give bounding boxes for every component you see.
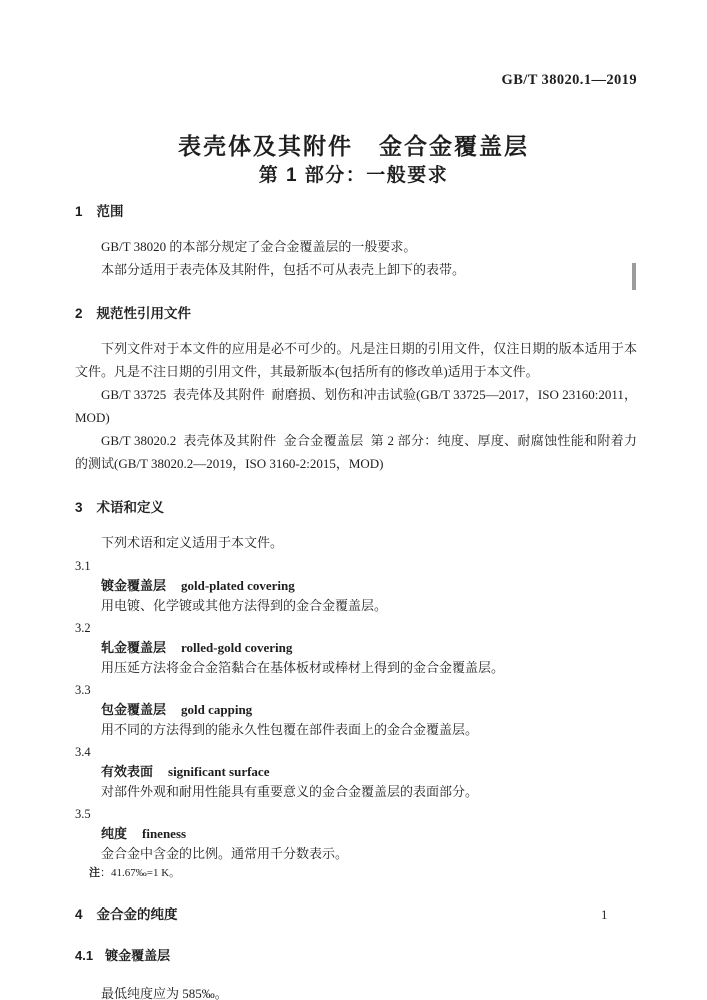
term-number: 3.1 <box>75 557 637 576</box>
term-title-zh: 有效表面 <box>101 764 153 779</box>
term-title-zh: 包金覆盖层 <box>101 702 166 717</box>
standard-code: GB/T 38020.1—2019 <box>502 72 637 89</box>
term-title: 纯度fineness <box>75 824 637 843</box>
references-intro: 下列文件对于本文件的应用是必不可少的。凡是注日期的引用文件，仅注日期的版本适用于… <box>75 337 637 383</box>
term-title-zh: 纯度 <box>101 826 127 841</box>
document-title-part1: 表壳体及其附件 <box>178 133 353 159</box>
term-note: 注：41.67‰=1 K。 <box>75 865 637 882</box>
term-title-en: rolled-gold covering <box>181 640 292 655</box>
section-heading-terms: 3术语和定义 <box>75 499 637 517</box>
document-title: 表壳体及其附件金合金覆盖层 <box>0 128 707 161</box>
section-title: 术语和定义 <box>97 500 165 515</box>
term-title: 镀金覆盖层gold-plated covering <box>75 576 637 595</box>
document-content: 1范围 GB/T 38020 的本部分规定了金合金覆盖层的一般要求。 本部分适用… <box>75 203 637 1000</box>
section-number: 2 <box>75 306 83 321</box>
term-number: 3.3 <box>75 681 637 700</box>
terms-intro: 下列术语和定义适用于本文件。 <box>75 531 637 554</box>
term-title-en: fineness <box>142 826 186 841</box>
reference-item-2: GB/T 38020.2 表壳体及其附件 金合金覆盖层 第 2 部分：纯度、厚度… <box>75 429 637 475</box>
term-number: 3.5 <box>75 805 637 824</box>
term-definition: 金合金中含金的比例。通常用千分数表示。 <box>75 843 637 864</box>
term-item: 3.1 镀金覆盖层gold-plated covering 用电镀、化学镀或其他… <box>75 557 637 616</box>
term-definition: 用电镀、化学镀或其他方法得到的金合金覆盖层。 <box>75 595 637 616</box>
section-heading-references: 2规范性引用文件 <box>75 305 637 323</box>
term-title: 包金覆盖层gold capping <box>75 700 637 719</box>
subsection-title: 镀金覆盖层 <box>105 948 170 963</box>
note-text: ：41.67‰=1 K。 <box>100 867 180 879</box>
section-heading-scope: 1范围 <box>75 203 637 221</box>
reference-item-1: GB/T 33725 表壳体及其附件 耐磨损、划伤和冲击试验(GB/T 3372… <box>75 383 637 429</box>
term-definition: 用压延方法将金合金箔黏合在基体板材或棒材上得到的金合金覆盖层。 <box>75 657 637 678</box>
term-item: 3.3 包金覆盖层gold capping 用不同的方法得到的能永久性包覆在部件… <box>75 681 637 740</box>
section-title: 范围 <box>97 204 124 219</box>
document-subtitle: 第 1 部分：一般要求 <box>0 160 707 187</box>
note-label: 注 <box>89 867 100 879</box>
scope-paragraph-2: 本部分适用于表壳体及其附件，包括不可从表壳上卸下的表带。 <box>75 258 637 281</box>
section-number: 3 <box>75 500 83 515</box>
section-heading-purity: 4金合金的纯度 <box>75 906 637 924</box>
term-item: 3.4 有效表面significant surface 对部件外观和耐用性能具有… <box>75 743 637 802</box>
scope-paragraph-1: GB/T 38020 的本部分规定了金合金覆盖层的一般要求。 <box>75 235 637 258</box>
section-number: 4 <box>75 907 83 922</box>
term-definition: 对部件外观和耐用性能具有重要意义的金合金覆盖层的表面部分。 <box>75 781 637 802</box>
term-item: 3.2 轧金覆盖层rolled-gold covering 用压延方法将金合金箔… <box>75 619 637 678</box>
term-definition: 用不同的方法得到的能永久性包覆在部件表面上的金合金覆盖层。 <box>75 719 637 740</box>
term-number: 3.2 <box>75 619 637 638</box>
subsection-heading-gold-plated: 4.1镀金覆盖层 <box>75 945 637 964</box>
section-number: 1 <box>75 204 83 219</box>
term-title-zh: 镀金覆盖层 <box>101 578 166 593</box>
term-title-en: significant surface <box>168 764 269 779</box>
section-title: 规范性引用文件 <box>97 306 192 321</box>
document-title-part2: 金合金覆盖层 <box>379 133 529 159</box>
term-title-zh: 轧金覆盖层 <box>101 640 166 655</box>
term-title-en: gold-plated covering <box>181 578 295 593</box>
term-number: 3.4 <box>75 743 637 762</box>
purity-paragraph: 最低纯度应为 585‰。 <box>75 982 637 1000</box>
term-title: 有效表面significant surface <box>75 762 637 781</box>
term-item: 3.5 纯度fineness 金合金中含金的比例。通常用千分数表示。 注：41.… <box>75 805 637 882</box>
section-title: 金合金的纯度 <box>97 907 178 922</box>
document-page: GB/T 38020.1—2019 表壳体及其附件金合金覆盖层 第 1 部分：一… <box>0 0 707 1000</box>
term-title-en: gold capping <box>181 702 252 717</box>
term-title: 轧金覆盖层rolled-gold covering <box>75 638 637 657</box>
subsection-number: 4.1 <box>75 948 93 963</box>
